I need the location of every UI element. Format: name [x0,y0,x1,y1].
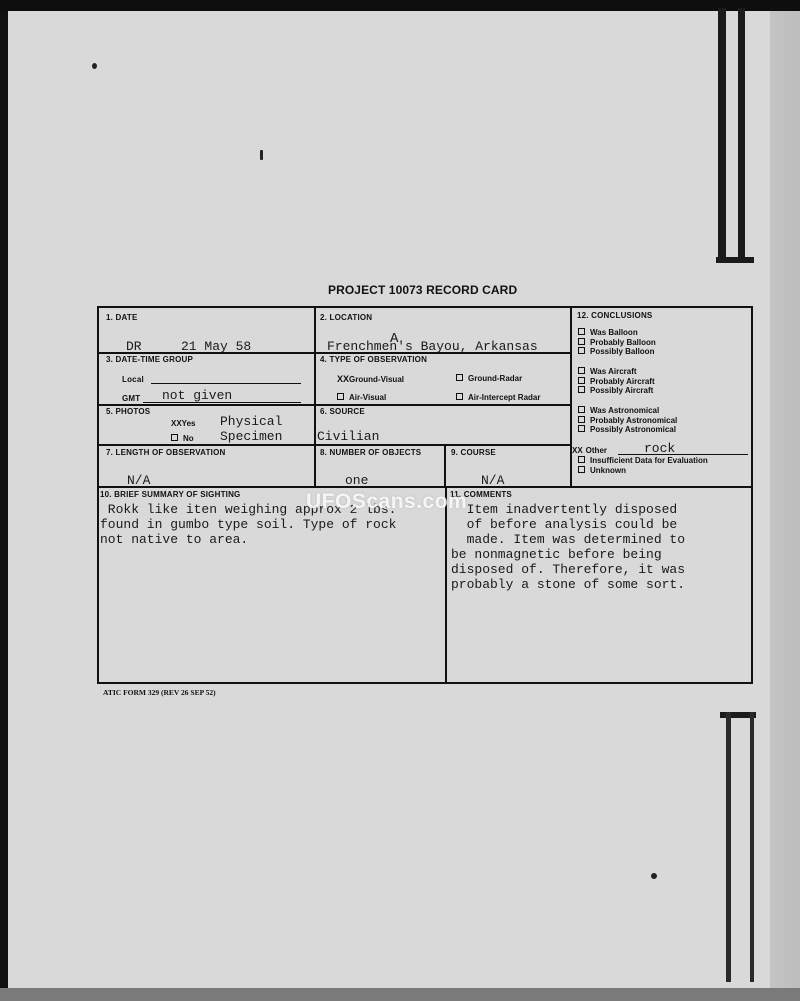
dust-speck [92,63,97,69]
location-value: Frenchmen's Bayou, Arkansas [327,339,538,354]
checkbox-icon [578,456,585,463]
course-value: N/A [481,473,504,488]
comments-line: made. Item was determined to [451,532,685,547]
checkbox-icon [578,466,585,473]
photos-note-line1: Physical [220,414,282,429]
divider [99,486,753,488]
location-label: 2. LOCATION [320,313,372,322]
checkmark-x: XX [171,419,182,428]
option-label: Insufficient Data for Evaluation [590,456,708,465]
watermark: UFOScans.com [306,490,467,514]
film-marker-top [738,8,745,263]
comments-line: disposed of. Therefore, it was [451,562,685,577]
checkbox-was-aircraft[interactable]: Was Aircraft [578,367,655,377]
conclusions-label: 12. CONCLUSIONS [577,311,652,320]
checkbox-icon [337,393,344,400]
checkbox-icon [578,367,585,374]
gmt-value: not given [162,388,232,403]
comments-line: Item inadvertently disposed [451,502,677,517]
option-label: Probably Astronomical [590,416,677,425]
checkbox-photos-no[interactable]: No [171,434,194,443]
checkbox-possibly-balloon[interactable]: Possibly Balloon [578,347,656,357]
course-label: 9. COURSE [451,448,496,457]
date-value: 21 May 58 [181,339,251,354]
length-of-observation-value: N/A [127,473,150,488]
divider [444,444,446,488]
checkbox-icon [578,425,585,432]
checkbox-unknown[interactable]: Unknown [578,466,708,476]
number-of-objects-label: 8. NUMBER OF OBJECTS [320,448,421,457]
film-marker-top [718,8,726,263]
checkbox-probably-aircraft[interactable]: Probably Aircraft [578,377,655,387]
option-label: Was Aircraft [590,367,637,376]
dust-speck [260,150,263,160]
checkbox-icon [456,393,463,400]
form-id: ATIC FORM 329 (REV 26 SEP 52) [103,688,216,697]
checkbox-icon [578,406,585,413]
conclusions-extra: Insufficient Data for Evaluation Unknown [578,456,708,475]
checkbox-ground-visual[interactable]: XXGround-Visual [337,374,404,384]
dust-speck [651,873,657,879]
checkbox-probably-balloon[interactable]: Probably Balloon [578,338,656,348]
option-label: No [183,434,194,443]
photos-note-line2: Specimen [220,429,282,444]
summary-line: found in gumbo type soil. Type of rock [100,517,396,532]
conclusions-group-aircraft: Was Aircraft Probably Aircraft Possibly … [578,367,655,396]
option-label: Ground-Visual [349,375,404,384]
type-of-observation-label: 4. TYPE OF OBSERVATION [320,355,427,364]
checkbox-other[interactable]: XXOther [572,446,607,456]
length-of-observation-label: 7. LENGTH OF OBSERVATION [106,448,225,457]
gmt-label: GMT [122,394,140,403]
option-label: Possibly Balloon [590,347,654,356]
option-label: Possibly Aircraft [590,386,653,395]
scan-left-edge [0,0,8,1001]
checkmark-x: XX [337,374,349,384]
checkbox-icon [171,434,178,441]
conclusions-group-balloon: Was Balloon Probably Balloon Possibly Ba… [578,328,656,357]
comments-line: be nonmagnetic before being [451,547,662,562]
checkbox-insufficient-data[interactable]: Insufficient Data for Evaluation [578,456,708,466]
date-time-group-label: 3. DATE-TIME GROUP [106,355,193,364]
divider [99,444,571,446]
divider [99,404,571,406]
option-label: Was Balloon [590,328,638,337]
other-value: rock [644,441,675,456]
source-value: Civilian [317,429,379,444]
option-label: Probably Aircraft [590,377,655,386]
number-of-objects-value: one [345,473,368,488]
conclusions-group-astronomical: Was Astronomical Probably Astronomical P… [578,406,677,435]
option-label: Air-Intercept Radar [468,393,540,402]
film-marker-bottom [750,712,754,982]
other-line [618,454,748,455]
checkbox-icon [578,386,585,393]
checkbox-possibly-astronomical[interactable]: Possibly Astronomical [578,425,677,435]
location-correction-mark: A [390,332,398,347]
scan-top-edge [0,0,800,11]
local-label: Local [122,375,144,384]
film-marker-bottom [726,712,731,982]
scan-right-margin [770,11,800,1001]
checkbox-icon [578,416,585,423]
checkbox-icon [578,347,585,354]
option-label: Probably Balloon [590,338,656,347]
date-label: 1. DATE [106,313,137,322]
divider [314,308,316,488]
checkbox-air-intercept-radar[interactable]: Air-Intercept Radar [456,393,540,402]
checkbox-was-astronomical[interactable]: Was Astronomical [578,406,677,416]
option-label: Possibly Astronomical [590,425,676,434]
date-prefix: DR [126,339,142,354]
comments-line: of before analysis could be [451,517,677,532]
scan-bottom-edge [0,988,800,1001]
checkbox-probably-astronomical[interactable]: Probably Astronomical [578,416,677,426]
photos-label: 5. PHOTOS [106,407,150,416]
divider [445,486,447,684]
page-title: PROJECT 10073 RECORD CARD [328,283,517,297]
checkbox-photos-yes[interactable]: XXYes [171,419,195,428]
checkbox-was-balloon[interactable]: Was Balloon [578,328,656,338]
checkbox-icon [578,328,585,335]
checkbox-icon [578,338,585,345]
summary-line: not native to area. [100,532,248,547]
divider [570,308,572,488]
comments-line: probably a stone of some sort. [451,577,685,592]
option-label: Unknown [590,466,626,475]
option-label: Ground-Radar [468,374,522,383]
option-label: Yes [182,419,196,428]
option-label: Was Astronomical [590,406,659,415]
checkmark-x: XX [572,446,583,455]
checkbox-possibly-aircraft[interactable]: Possibly Aircraft [578,386,655,396]
source-label: 6. SOURCE [320,407,365,416]
checkbox-icon [456,374,463,381]
option-label: Air-Visual [349,393,386,402]
option-label: Other [586,446,607,455]
checkbox-air-visual[interactable]: Air-Visual [337,393,386,402]
film-marker-top [716,257,754,263]
summary-label: 10. BRIEF SUMMARY OF SIGHTING [100,490,240,499]
local-line [151,383,301,384]
checkbox-icon [578,377,585,384]
checkbox-ground-radar[interactable]: Ground-Radar [456,374,522,383]
